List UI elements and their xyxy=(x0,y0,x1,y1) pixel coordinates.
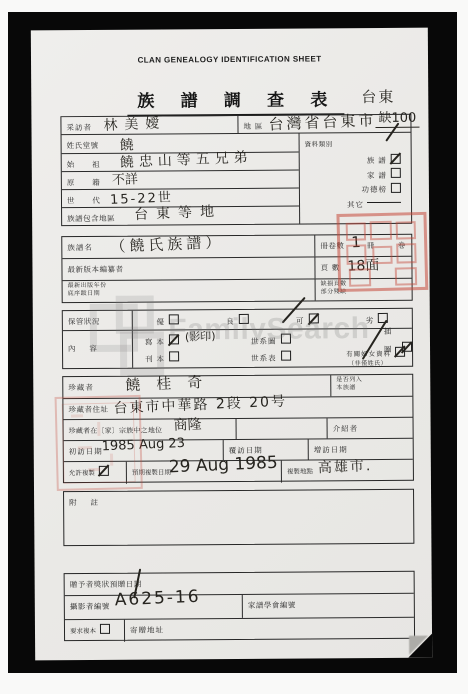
surname-hall-label: 姓氏堂號 xyxy=(62,137,99,151)
coverage-label: 族譜包含地區 xyxy=(62,209,115,223)
condition-label: 保管狀況 xyxy=(63,313,100,327)
owner-name-label: 珍藏者 xyxy=(63,379,94,393)
table-row: 始 祖 饒忠山等五兄弟 xyxy=(62,152,299,172)
notes-table: 附 註 xyxy=(63,489,414,546)
photographer-no-label: 攝影者編號 xyxy=(65,598,110,612)
pub-year-cell: 最新出版年份 底序跋日期 xyxy=(63,279,316,302)
first-visit-value: 1985 Aug 23 xyxy=(101,436,185,454)
notes-label: 附 註 xyxy=(64,494,104,508)
genealogy-title-cell: 族譜名 （饒氏族譜） xyxy=(62,235,315,258)
first-visit-label: 初訪日期 xyxy=(64,443,103,457)
page-curl xyxy=(409,636,428,655)
region-label: 地 區 xyxy=(238,118,263,132)
category-options: 族 譜 家 譜 功德榜 其它 xyxy=(347,150,401,208)
missing-pages-cell: 缺損頁數 部分殘缺 xyxy=(316,279,412,301)
copy-place-value: 高雄市. xyxy=(317,455,372,477)
content-label: 內 容 xyxy=(63,331,103,354)
owner-position-value: 商隆 xyxy=(173,414,202,435)
category-option-jiapu: 家 譜 xyxy=(347,164,401,179)
content-option-pedigree-table: 世系表 xyxy=(251,347,346,366)
listed-label-1: 是否列入 xyxy=(331,375,412,385)
volumes-value: 1 xyxy=(351,233,361,251)
volumes-unit2: 卷 xyxy=(398,241,407,250)
checkbox-copy-request xyxy=(100,624,110,634)
checkbox-excellent xyxy=(169,315,179,325)
listed-label-2: 本族譜 xyxy=(331,384,412,392)
owner-position-value-cell xyxy=(237,418,327,439)
content-label-cell: 內 容 xyxy=(63,331,133,368)
photographer-no-value: A625-16 xyxy=(114,587,201,611)
origin-cell: 原 籍 不詳 xyxy=(62,170,299,189)
pages-label: 頁 數 xyxy=(315,259,340,273)
category-option-gongdebang: 功德榜 xyxy=(347,179,401,194)
society-no-cell: 家譜學會編號 xyxy=(243,594,414,618)
checkbox-manuscript xyxy=(169,335,179,345)
checkbox-zupu xyxy=(391,154,401,164)
checkbox-fair xyxy=(308,314,318,324)
content-option-printed: 刊 本 xyxy=(133,347,251,366)
interviewer-value: 林美嬡 xyxy=(103,112,167,135)
table-row: 攝影者編號 A625-16 家譜學會編號 xyxy=(65,594,414,620)
owner-info-table: 珍藏者 饒桂奇 是否列入 本族譜 珍藏者住址 台東市中華路 2段 20号 珍藏者… xyxy=(62,374,414,483)
checkbox-pedigree-table xyxy=(281,351,291,361)
owner-name-value: 饒桂奇 xyxy=(125,370,219,395)
genealogy-title-value: （饒氏族譜） xyxy=(110,231,225,257)
table-row: 珍藏者住址 台東市中華路 2段 20号 xyxy=(63,397,412,420)
document-paper: CLAN GENEALOGY IDENTIFICATION SHEET 族 譜 … xyxy=(31,28,432,661)
category-cell: 資料類別 族 譜 家 譜 功德榜 其它 xyxy=(300,133,412,224)
content-options-row2: 刊 本 世系表 有關婦女資料 （非僅姓氏） xyxy=(133,347,412,366)
category-option-zupu: 族 譜 xyxy=(347,150,401,165)
content-options: 寫 本 (影印) 世系圖 插 圖 刊 本 xyxy=(133,329,412,368)
copy-request-cell: 要求複本 xyxy=(65,620,125,642)
category-option-other: 其它 xyxy=(347,193,401,208)
copy-date-label: 預期複製日期 xyxy=(127,464,171,476)
other-blank-line xyxy=(367,202,401,203)
pub-year-label-2: 底序跋日期 xyxy=(63,289,315,298)
table-row: 要求複本 寄贈地址 xyxy=(65,618,414,642)
checkbox-good xyxy=(239,314,249,324)
content-option-pedigree-chart: 世系圖 xyxy=(251,330,346,349)
first-ancestor-label: 始 祖 xyxy=(62,155,108,169)
compiler-label: 最新版本編纂者 xyxy=(62,261,123,275)
table-row: 允許複製 預期複製日期 29 Aug 1985 複製地點 高雄市. xyxy=(64,460,413,484)
listed-in-genealogy-cell: 是否列入 本族譜 xyxy=(331,375,412,397)
survey-info-table: 采訪者 林美嬡 地 區 台灣省台東市 姓氏堂號 饒 xyxy=(60,114,412,226)
table-row: 原 籍 不詳 xyxy=(62,170,299,190)
region-cell: 地 區 台灣省台東市 xyxy=(238,115,410,133)
volumes-cell: 冊卷數 1 冊 卷 xyxy=(315,235,411,257)
checkbox-pedigree-chart xyxy=(280,334,290,344)
table-row: 姓氏堂號 饒 始 祖 饒忠山等五兄弟 原 籍 不詳 xyxy=(62,133,412,225)
survey-left-rows: 姓氏堂號 饒 始 祖 饒忠山等五兄弟 原 籍 不詳 xyxy=(62,134,301,226)
additional-visit-label: 增訪日期 xyxy=(309,441,348,455)
coverage-cell: 族譜包含地區 台東等地 xyxy=(62,206,299,226)
copy-date-cell: 預期複製日期 29 Aug 1985 xyxy=(127,461,282,484)
checkbox-women-data xyxy=(395,346,405,356)
table-row: 最新版本編纂者 頁 數 18面 xyxy=(62,257,411,281)
owner-address-cell: 珍藏者住址 台東市中華路 2段 20号 xyxy=(63,397,412,419)
compiler-cell: 最新版本編纂者 xyxy=(62,257,315,280)
checkbox-jiapu xyxy=(391,168,401,178)
interviewer-label: 采訪者 xyxy=(61,119,92,133)
sheet-header-english: CLAN GENEALOGY IDENTIFICATION SHEET xyxy=(31,54,428,66)
origin-value: 不詳 xyxy=(111,168,138,188)
region-value: 台灣省台東市 xyxy=(268,109,377,135)
award-date-label: 贈予者獎狀預贈日期 xyxy=(65,576,142,591)
volumes-unit1: 冊 xyxy=(367,241,376,250)
first-ancestor-cell: 始 祖 饒忠山等五兄弟 xyxy=(62,152,299,171)
society-no-label: 家譜學會編號 xyxy=(243,597,296,611)
owner-address-label: 珍藏者住址 xyxy=(63,401,108,415)
copy-permission-cell: 允許複製 xyxy=(64,462,127,484)
origin-label: 原 籍 xyxy=(62,173,108,187)
copy-permission-label: 允許複製 xyxy=(64,465,95,477)
checkbox-gongdebang xyxy=(391,183,401,193)
condition-table: 保管狀況 優 良 可 劣 xyxy=(62,308,413,369)
table-row: 珍藏者在〔家〕宗族中之地位 商隆 介紹者 xyxy=(64,418,413,441)
generations-label: 世 代 xyxy=(62,191,108,205)
introducer-label: 介紹者 xyxy=(328,420,359,434)
table-row: 內 容 寫 本 (影印) 世系圖 插 圖 xyxy=(63,329,412,368)
introducer-cell: 介紹者 xyxy=(327,418,413,439)
admin-table: 贈予者獎狀預贈日期 攝影者編號 A625-16 家譜學會編號 要求複本 寄贈地址 xyxy=(64,571,415,641)
table-row: 最新出版年份 底序跋日期 缺損頁數 部分殘缺 xyxy=(63,279,412,302)
pages-cell: 頁 數 18面 xyxy=(315,257,411,279)
pages-value: 18面 xyxy=(347,254,380,275)
mail-address-label: 寄贈地址 xyxy=(125,621,164,635)
corner-note-region: 台東 xyxy=(361,88,395,106)
content-option-manuscript: 寫 本 (影印) xyxy=(133,330,251,349)
missing-pages-label-2: 部分殘缺 xyxy=(316,288,412,296)
women-data-note: （非僅姓氏） xyxy=(346,360,412,368)
condition-label-cell: 保管狀況 xyxy=(63,311,133,330)
copy-place-cell: 複製地點 高雄市. xyxy=(282,460,413,483)
condition-option-excellent: 優 xyxy=(133,311,203,329)
owner-position-label: 珍藏者在〔家〕宗族中之地位 xyxy=(64,422,163,436)
copy-place-label: 複製地點 xyxy=(282,463,313,475)
checkbox-copy-permission xyxy=(99,466,109,476)
coverage-value: 台東等地 xyxy=(134,200,223,224)
copy-request-label: 要求複本 xyxy=(65,623,96,635)
content-option-women-data: 有關婦女資料 （非僅姓氏） xyxy=(346,342,412,368)
table-row: 族譜包含地區 台東等地 xyxy=(62,206,299,226)
genealogy-title-label: 族譜名 xyxy=(62,239,93,253)
condition-option-good: 良 xyxy=(203,310,273,328)
photographer-no-cell: 攝影者編號 A625-16 xyxy=(65,595,243,619)
copy-date-value: 29 Aug 1985 xyxy=(168,453,278,478)
mail-address-cell: 寄贈地址 xyxy=(125,618,414,642)
manuscript-note: (影印) xyxy=(185,327,216,344)
checkbox-printed xyxy=(169,352,179,362)
interviewer-cell: 采訪者 林美嬡 xyxy=(61,116,238,134)
volumes-label: 冊卷數 xyxy=(315,237,344,251)
category-label: 資料類別 xyxy=(300,136,333,148)
volume-info-table: 族譜名 （饒氏族譜） 冊卷數 1 冊 卷 最新版本編纂者 頁 數 18面 xyxy=(61,234,412,303)
scan-background: CLAN GENEALOGY IDENTIFICATION SHEET 族 譜 … xyxy=(8,12,457,673)
